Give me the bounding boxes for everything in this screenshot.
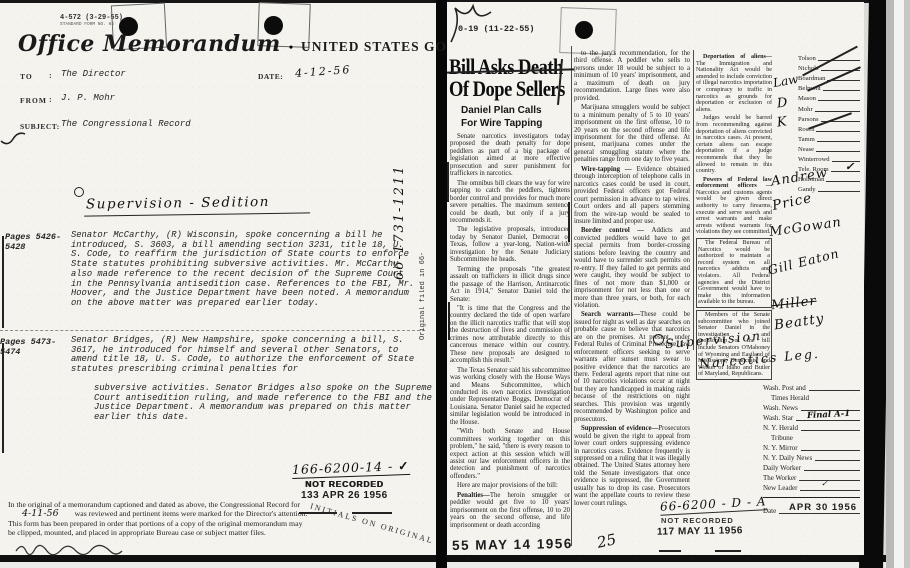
scan-right-margin	[886, 0, 910, 568]
hole-punch-hole-icon	[575, 21, 593, 39]
newspaper-row: New Leader ✓	[763, 482, 860, 492]
to-colon: :	[49, 71, 52, 80]
scan-bottom-light	[0, 562, 910, 568]
handwritten-signature: Gill Eaton	[766, 245, 841, 277]
newspaper-row: Tribune	[763, 432, 860, 442]
entry1-pages-label: Pages 5426- 5428	[5, 232, 61, 252]
clipping-column-1: Senate narcotics investigators today pro…	[450, 133, 570, 531]
to-value: The Director	[61, 69, 126, 79]
newspaper-row: N. Y. Mirror	[763, 442, 860, 452]
scanned-fbi-file-page: 4-572 (3-29-55) STANDARD FORM NO. 64 Off…	[0, 0, 910, 568]
news-paragraph: The legislative proposals, introduced to…	[450, 226, 570, 263]
pen-dash	[715, 550, 741, 552]
date-stamp-55: 55 MAY 14 1956	[452, 536, 573, 553]
pen-dash	[352, 512, 392, 514]
initials-on-original-note: INITIALS ON ORIGINAL	[309, 502, 435, 546]
newspaper-row: The Worker	[763, 472, 860, 482]
newspaper-row: Wash. Star Final A-1	[763, 412, 860, 422]
page-gutter	[436, 0, 447, 568]
date-label: DATE:	[258, 72, 283, 81]
news-paragraph: Here are major provisions of the bill:	[450, 482, 570, 489]
entry2-pages-label: Pages 5473- 5474	[0, 337, 56, 357]
clipping-page: 0-19 (11-22-55) Bill Asks Death Of Dope …	[447, 2, 864, 555]
entry2-text-part1: Senator Bridges, (R) New Hampshire, spok…	[71, 336, 427, 375]
news-paragraph: Marijuana smugglers would be subject to …	[574, 104, 690, 164]
handwritten-signature: Price	[771, 190, 814, 214]
circle-mark	[653, 334, 664, 345]
clipping-column-2: to the jury's recommendation, for the th…	[574, 50, 690, 509]
entry1-text: Senator McCarthy, (R) Wisconsin, spoke c…	[71, 231, 419, 309]
column-divider	[571, 46, 572, 546]
side-filed-typed-note: Original filed in 66-	[419, 225, 427, 340]
news-paragraph: "With both Senate and House committees w…	[450, 428, 570, 480]
checklist-divider	[763, 497, 860, 498]
routing-row: Mohr	[798, 102, 861, 112]
newspaper-row: Wash. Post and	[763, 382, 860, 392]
from-colon: :	[49, 95, 52, 104]
news-paragraph: Penalties—The heroin smuggler or peddler…	[450, 492, 570, 529]
news-paragraph: Search warrants—These could be issued fo…	[574, 311, 690, 423]
news-paragraph: Senate narcotics investigators today pro…	[450, 133, 570, 178]
pen-dash	[659, 550, 681, 552]
received-date-stamp: 133 APR 26 1956	[301, 490, 388, 501]
side-file-number-handwritten: 66-1731-1211	[392, 145, 407, 280]
routing-row: Tamm	[798, 133, 861, 143]
news-paragraph: The omnibus bill clears the way for wire…	[450, 180, 570, 225]
margin-bracket-line	[2, 343, 4, 453]
news-paragraph: Terming the proposals "the greatest assa…	[450, 266, 570, 303]
pen-emphasis-line	[447, 162, 449, 202]
newspaper-row: N. Y. Herald	[763, 422, 860, 432]
newspaper-row: Times Herald	[763, 392, 860, 402]
memo-page: 4-572 (3-29-55) STANDARD FORM NO. 64 Off…	[0, 3, 436, 555]
margin-mark: Law	[772, 72, 799, 90]
date-row: Date APR 30 1956	[763, 505, 860, 515]
newspaper-row: N. Y. Daily News	[763, 452, 860, 462]
news-paragraph: Wire-tapping — Evidence obtained through…	[574, 166, 690, 226]
news-paragraph: "It is time that the Congress and the co…	[450, 305, 570, 365]
file-number-text: 166-6200-14 -	[292, 459, 394, 478]
column-divider	[693, 50, 694, 350]
circle-mark	[74, 187, 84, 197]
routing-row: Mason	[798, 92, 861, 102]
news-paragraph: The Federal Bureau of Narcotics would be…	[696, 238, 772, 308]
memo-file-number-handwritten: 166-6200-14 - ✓	[292, 458, 410, 479]
received-date-stamp: 117 MAY 11 1956	[657, 525, 743, 537]
headline-line2: Of Dope Sellers	[449, 78, 565, 103]
entry2-text-part2: subversive activities. Senator Bridges a…	[94, 384, 432, 423]
news-paragraph: Powers of Federal law enforcement office…	[696, 177, 772, 236]
news-paragraph: Suppression of evidence—Prosecutors woul…	[574, 425, 690, 507]
news-paragraph: to the jury's recommendation, for the th…	[574, 50, 690, 102]
from-label: FROM	[20, 96, 47, 105]
memo-title-script: Office Memorandum	[18, 31, 281, 57]
letterhead-bullet: •	[289, 40, 293, 55]
newspaper-row: Daily Worker	[763, 462, 860, 472]
date-received-stamp: APR 30 1956	[789, 502, 857, 513]
memo-footer-paragraph: In the original of a memorandum captione…	[8, 500, 308, 537]
not-recorded-stamp: NOT RECORDED	[661, 516, 734, 525]
subject-value: The Congressional Record	[61, 119, 191, 129]
pen-check-mark: ✓	[845, 160, 854, 173]
subject-label: SUBJECT:	[20, 122, 60, 131]
news-paragraph: Deportation of aliens—The Immigration an…	[696, 54, 772, 113]
news-paragraph: Judges would be barred from recommending…	[696, 115, 772, 174]
memo-form-note: STANDARD FORM NO. 64	[60, 22, 114, 27]
scan-bottom-edge	[0, 555, 910, 562]
margin-mark: D	[776, 95, 788, 111]
to-label: TO	[20, 72, 33, 81]
pen-check-scribble	[0, 131, 26, 149]
check-mark: ✓	[398, 458, 410, 473]
handwritten-signature: Miller	[770, 294, 817, 314]
handwritten-signature: McGowan	[768, 215, 842, 240]
not-recorded-stamp: NOT RECORDED	[305, 479, 384, 489]
subhead-line2: For Wire Tapping	[461, 118, 542, 129]
routing-row: Nease	[798, 143, 861, 153]
clipping-form-number: 0-19 (11-22-55)	[458, 24, 535, 34]
margin-bracket-line	[2, 236, 4, 328]
handwritten-page-number: 25	[595, 530, 617, 552]
new-leader-check: ✓	[821, 479, 828, 488]
entry-divider-line	[0, 330, 425, 331]
news-paragraph: Border control — Addicts and convicted p…	[574, 227, 690, 309]
date-handwritten-value: 4-12-56	[295, 63, 352, 80]
handwriting-scribble	[14, 541, 124, 557]
margin-mark: K	[776, 114, 788, 130]
from-value: J. P. Mohr	[61, 93, 115, 103]
newspaper-checklist: Wash. Post and Times Herald Wash. News W…	[763, 382, 860, 515]
news-paragraph: The Texas Senator said his subcommittee …	[450, 367, 570, 427]
memo-handwritten-caption: Supervision - Sedition	[84, 193, 310, 216]
subhead-line1: Daniel Plan Calls	[461, 105, 542, 116]
handwritten-signature: Beatty	[773, 311, 825, 334]
